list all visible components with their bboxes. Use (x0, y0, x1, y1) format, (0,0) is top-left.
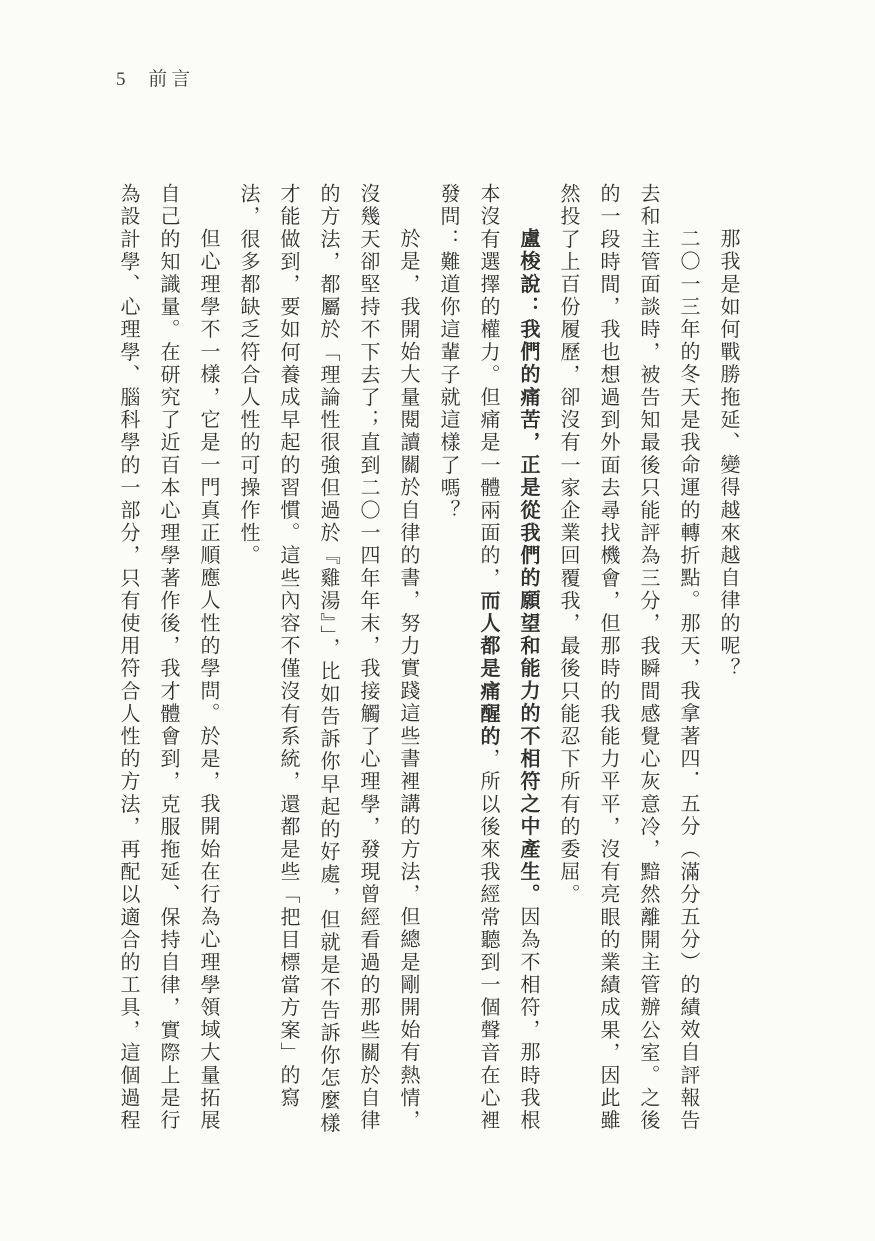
text-segment: 但心理學不一樣，它是一門真正順應人性的學問。於是，我開始在行為心理學領域大量拓展… (117, 183, 219, 1132)
paragraph-3: 盧梭說：我們的痛苦，正是從我們的願望和能力的不相符之中產生。因為不相符，那時我根… (428, 183, 548, 1135)
paragraph-1: 那我是如何戰勝拖延、變得越來越自律的呢？ (708, 183, 748, 1135)
chapter-title: 前言 (148, 64, 194, 91)
text-segment: 於是，我開始大量閱讀關於自律的書，努力實踐這些書裡講的方法，但總是剛開始有熱情，… (237, 183, 419, 1135)
preface-text-block: 那我是如何戰勝拖延、變得越來越自律的呢？二〇一三年的冬天是我命運的轉折點。那天，… (104, 183, 748, 1135)
page-header: 5 前言 (116, 64, 194, 91)
text-segment: 那我是如何戰勝拖延、變得越來越自律的呢？ (717, 228, 739, 680)
paragraph-5: 但心理學不一樣，它是一門真正順應人性的學問。於是，我開始在行為心理學領域大量拓展… (108, 183, 228, 1135)
page-number: 5 (116, 69, 127, 91)
bold-text-segment: 盧梭說：我們的痛苦，正是從我們的願望和能力的不相符之中產生。 (517, 228, 539, 906)
bold-text-segment: 而人都是痛醒的 (477, 590, 499, 748)
paragraph-4: 於是，我開始大量閱讀關於自律的書，努力實踐這些書裡講的方法，但總是剛開始有熱情，… (228, 183, 428, 1135)
paragraph-2: 二〇一三年的冬天是我命運的轉折點。那天，我拿著四．五分（滿分五分）的績效自評報告… (548, 183, 708, 1135)
text-segment: 二〇一三年的冬天是我命運的轉折點。那天，我拿著四．五分（滿分五分）的績效自評報告… (557, 183, 699, 1132)
